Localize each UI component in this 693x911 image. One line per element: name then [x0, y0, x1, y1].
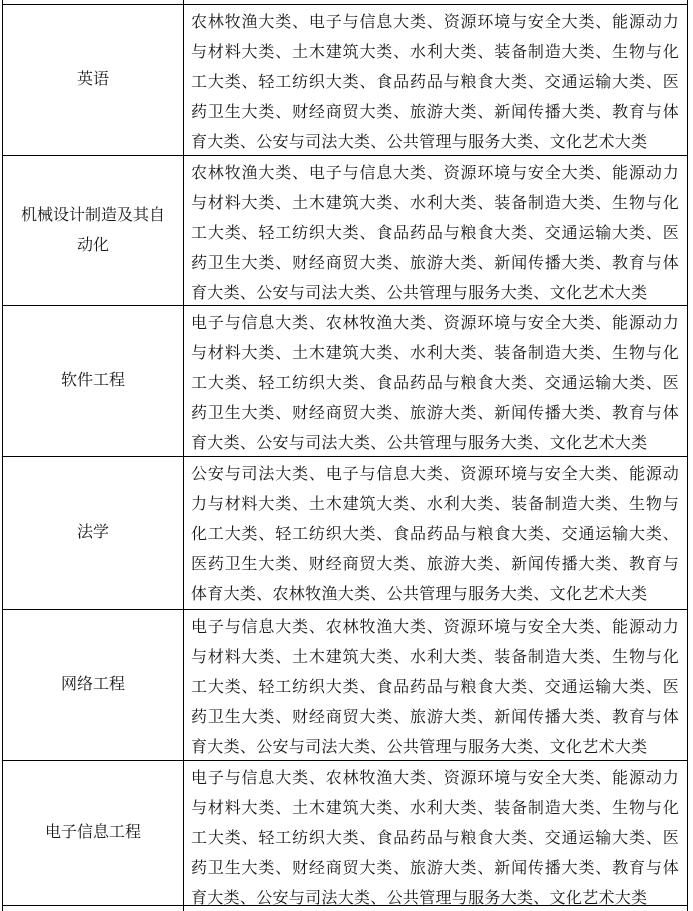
- partial-major-cell: [3, 906, 184, 911]
- categories-cell: 农林牧渔大类、电子与信息大类、资源环境与安全大类、能源动力与材料大类、土木建筑大…: [184, 156, 687, 305]
- partial-categories-cell: [184, 0, 687, 4]
- partial-major-cell: [3, 0, 184, 4]
- table-row: 机械设计制造及其自动化 农林牧渔大类、电子与信息大类、资源环境与安全大类、能源动…: [3, 156, 687, 306]
- major-cell: 电子信息工程: [3, 761, 184, 905]
- major-cell: 网络工程: [3, 610, 184, 760]
- major-cell: 法学: [3, 457, 184, 609]
- major-cell: 英语: [3, 5, 184, 155]
- table-row: 软件工程 电子与信息大类、农林牧渔大类、资源环境与安全大类、能源动力与材料大类、…: [3, 306, 687, 457]
- partial-categories-cell: [184, 906, 687, 911]
- table-row: 英语 农林牧渔大类、电子与信息大类、资源环境与安全大类、能源动力与材料大类、土木…: [3, 5, 687, 156]
- categories-cell: 电子与信息大类、农林牧渔大类、资源环境与安全大类、能源动力与材料大类、土木建筑大…: [184, 610, 687, 760]
- majors-categories-table: 英语 农林牧渔大类、电子与信息大类、资源环境与安全大类、能源动力与材料大类、土木…: [2, 0, 688, 911]
- categories-cell: 电子与信息大类、农林牧渔大类、资源环境与安全大类、能源动力与材料大类、土木建筑大…: [184, 306, 687, 456]
- table-row: 电子信息工程 电子与信息大类、农林牧渔大类、资源环境与安全大类、能源动力与材料大…: [3, 761, 687, 906]
- table-row: 网络工程 电子与信息大类、农林牧渔大类、资源环境与安全大类、能源动力与材料大类、…: [3, 610, 687, 761]
- table-row: 法学 公安与司法大类、电子与信息大类、资源环境与安全大类、能源动力与材料大类、土…: [3, 457, 687, 610]
- major-cell: 机械设计制造及其自动化: [3, 156, 184, 305]
- categories-cell: 电子与信息大类、农林牧渔大类、资源环境与安全大类、能源动力与材料大类、土木建筑大…: [184, 761, 687, 905]
- partial-row-bottom: [3, 906, 687, 911]
- major-cell: 软件工程: [3, 306, 184, 456]
- categories-cell: 公安与司法大类、电子与信息大类、资源环境与安全大类、能源动力与材料大类、土木建筑…: [184, 457, 687, 609]
- categories-cell: 农林牧渔大类、电子与信息大类、资源环境与安全大类、能源动力与材料大类、土木建筑大…: [184, 5, 687, 155]
